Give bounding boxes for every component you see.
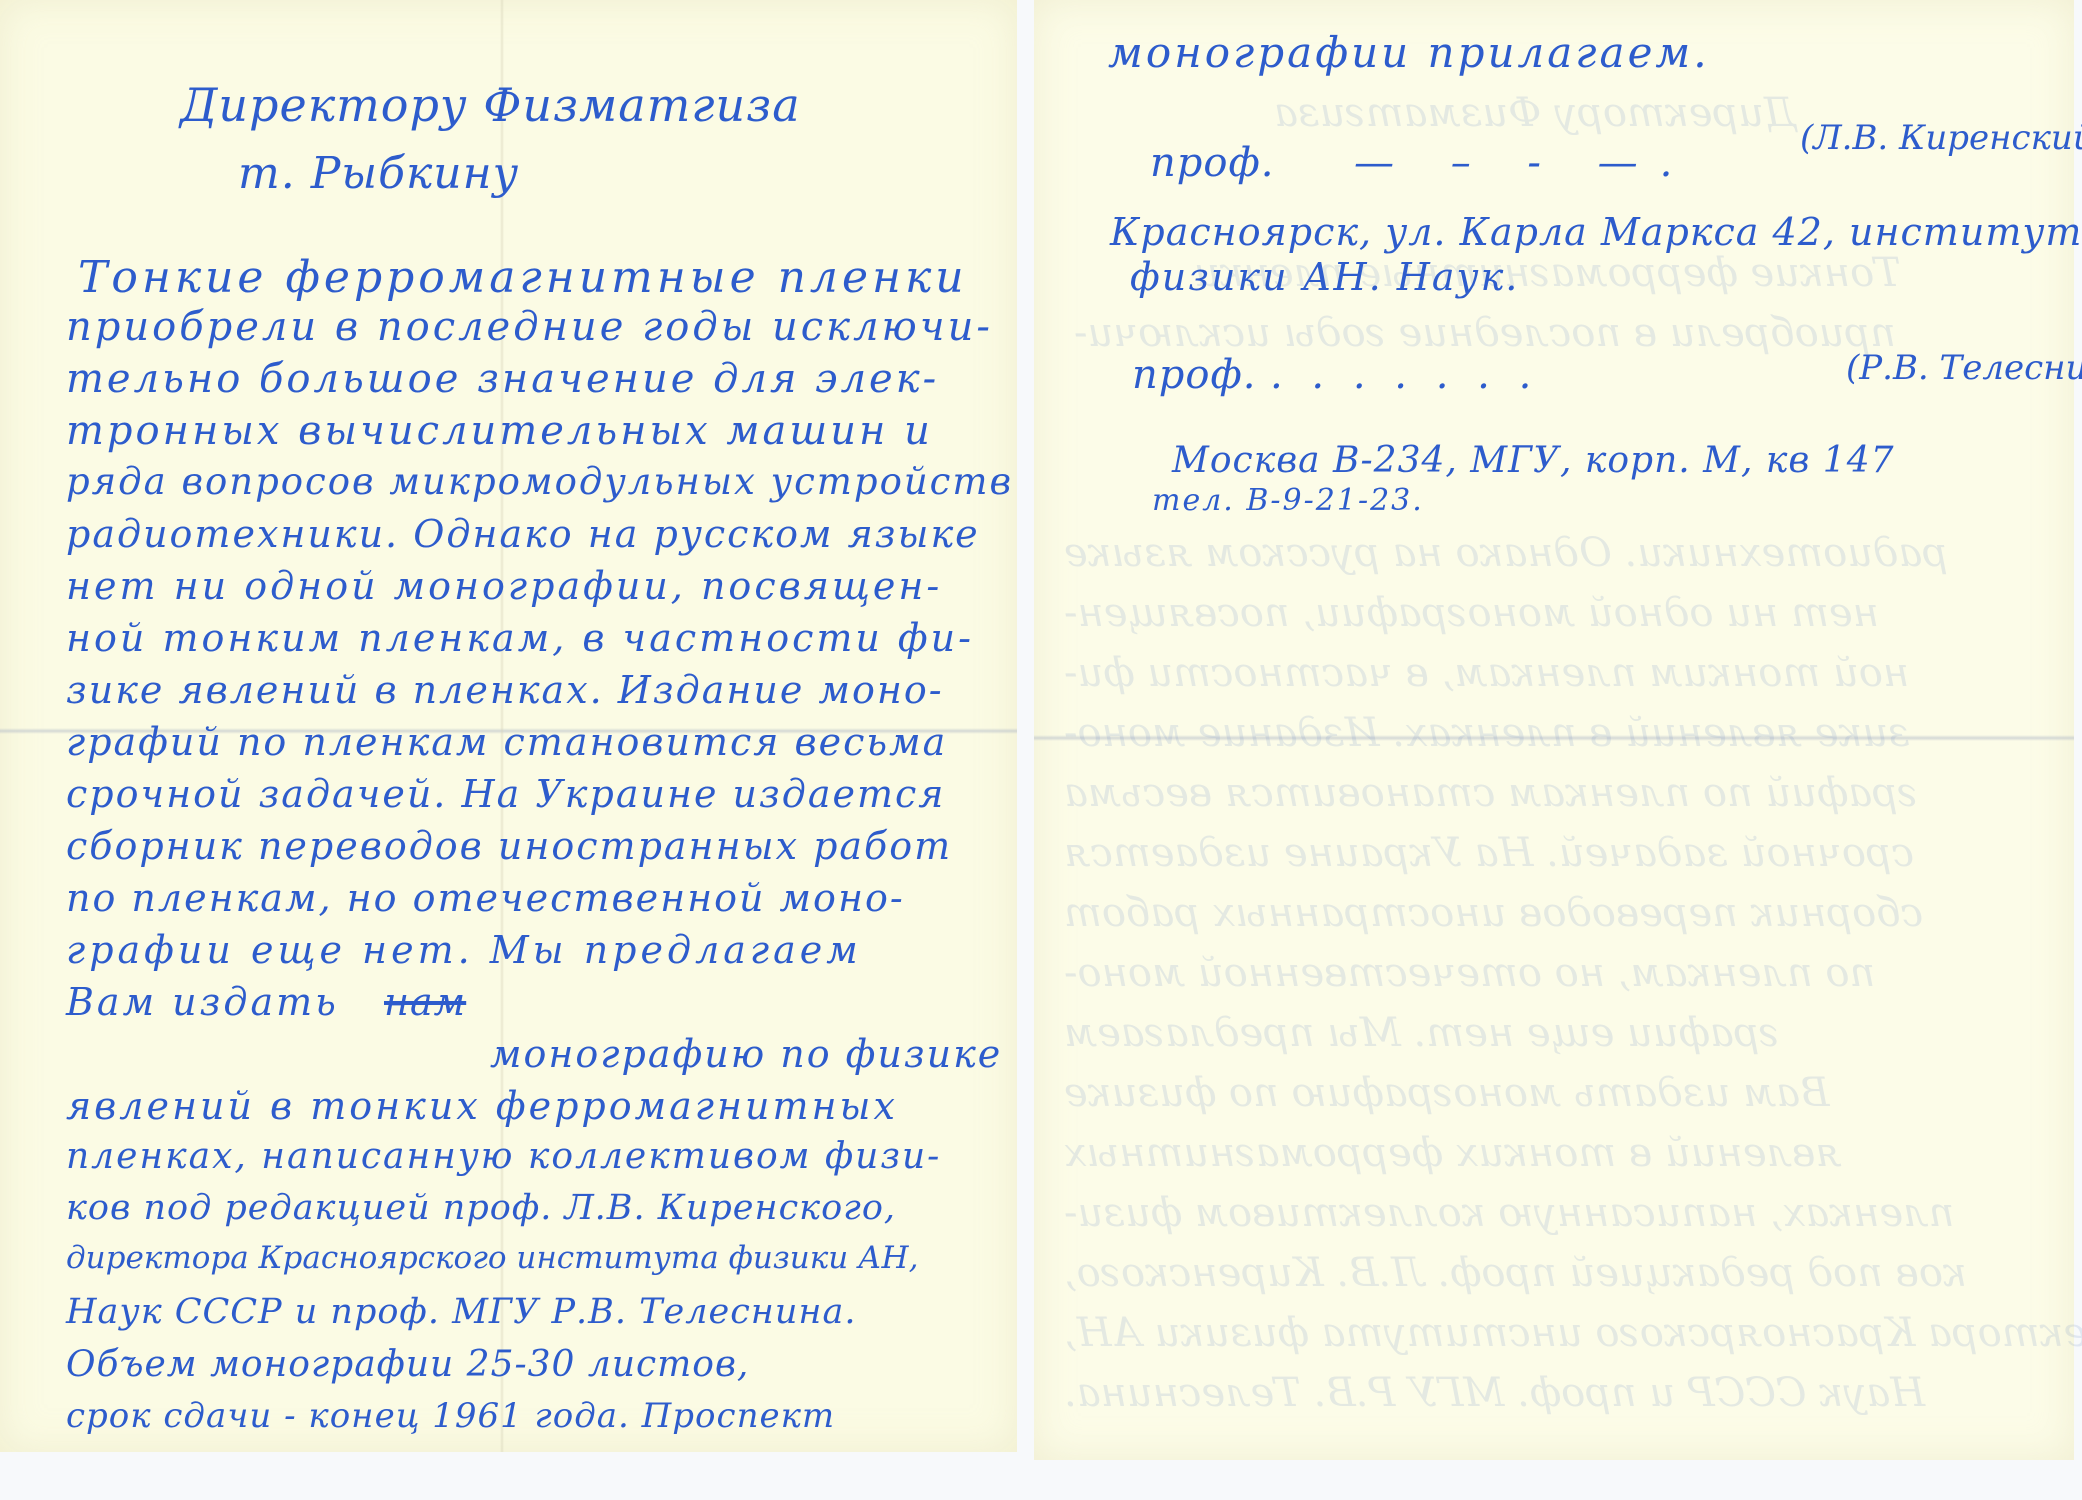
body-line: зике явлений в пленках. Издание моно-: [66, 668, 944, 712]
signatory-2-address-line: Москва В-234, МГУ, корп. М, кв 147: [1172, 440, 1895, 481]
body-line: Наук СССР и проф. МГУ Р.В. Телеснина.: [66, 1292, 856, 1332]
body-line: графии еще нет. Мы предлагаем: [66, 928, 862, 972]
bleed-through-text: графий по пленкам становится весьма: [1064, 770, 1918, 816]
body-line: ной тонким пленкам, в частности фи-: [66, 616, 974, 660]
body-line: нет ни одной монографии, посвящен-: [66, 564, 942, 608]
body-line: сборник переводов иностранных работ: [66, 824, 952, 868]
signatory-2-name: (Р.В. Телеснин): [1846, 348, 2082, 388]
bleed-through-text: нет ни одной монографии, посвящен-: [1064, 590, 1879, 636]
signatory-1-signature: — – ‐ —.: [1354, 140, 1694, 186]
addressee-line-2: т. Рыбкину: [238, 148, 519, 199]
bleed-through-text: зике явлений в пленках. Издание моно-: [1064, 710, 1910, 756]
bleed-through-text: директора Красноярского института физики…: [1064, 1310, 2082, 1356]
bleed-through-text: ков под редакцией проф. Л.В. Киренского,: [1064, 1250, 1967, 1296]
body-line: пленках, написанную коллективом физи-: [66, 1136, 941, 1177]
body-line: графий по пленкам становится весьма: [66, 720, 947, 764]
body-line: приобрели в последние годы исключи-: [66, 304, 993, 350]
body-line: ряда вопросов микромодульных устройств: [66, 460, 1013, 503]
signatory-1-title: проф.: [1150, 140, 1274, 186]
bleed-through-text: пленках, написанную коллективом физи-: [1064, 1190, 1954, 1236]
body-line: тельно большое значение для элек-: [66, 356, 939, 402]
body-line: директора Красноярского института физики…: [66, 1240, 918, 1276]
signatory-1-name: (Л.В. Киренский): [1800, 118, 2082, 158]
signatory-2-signature: . . . . . . .: [1270, 352, 1539, 398]
struck-out-word: нам: [384, 980, 466, 1024]
bleed-through-text: явлений в тонких ферромагнитных: [1064, 1130, 1842, 1176]
letter-page-1: Директору Физматгиза т. Рыбкину Тонкие ф…: [0, 0, 1017, 1452]
signatory-1-address-line: физики АН. Наук.: [1130, 255, 1519, 299]
body-line: срок сдачи - конец 1961 года. Проспект: [66, 1396, 835, 1436]
bleed-through-text: сборник переводов иностранных работ: [1064, 890, 1923, 936]
signatory-1-address-line: Красноярск, ул. Карла Маркса 42, институ…: [1110, 210, 2082, 254]
body-line: тронных вычислительных машин и: [66, 408, 933, 454]
bleed-through-text: Наук СССР и проф. МГУ Р.В. Телеснина.: [1064, 1370, 1925, 1416]
body-line: по пленкам, но отечественной моно-: [66, 876, 905, 920]
bleed-through-text: срочной задачей. На Украине издается: [1064, 830, 1914, 876]
body-line: радиотехники. Однако на русском языке: [66, 512, 980, 556]
body-line: монографию по физике: [490, 1032, 1002, 1076]
bleed-through-text: по пленкам, но отечественной моно-: [1064, 950, 1875, 996]
body-line: явлений в тонких ферромагнитных: [66, 1084, 898, 1128]
body-line: Объем монографии 25-30 листов,: [66, 1344, 749, 1385]
body-line: Вам издать: [66, 980, 339, 1024]
bleed-through-text: приобрели в последние годы исключи-: [1074, 310, 1896, 356]
addressee-line-1: Директору Физматгиза: [180, 78, 801, 132]
body-line: срочной задачей. На Украине издается: [66, 772, 945, 816]
signatory-2-title: проф.: [1132, 352, 1256, 398]
letter-page-2: Директору Физматгиза Тонкие ферромагнитн…: [1034, 0, 2074, 1460]
bleed-through-text: ной тонким пленкам, в частности фи-: [1064, 650, 1909, 696]
continuation-line: монографии прилагаем.: [1108, 28, 1710, 77]
signatory-2-address-line: тел. В-9-21-23.: [1152, 483, 1424, 518]
body-line: Тонкие ферромагнитные пленки: [78, 252, 968, 303]
bleed-through-text: графии еще нет. Мы предлагаем: [1064, 1010, 1780, 1056]
bleed-through-text: радиотехники. Однако на русском языке: [1064, 530, 1948, 576]
bleed-through-text: Вам издать монографию по физике: [1064, 1070, 1829, 1116]
body-line: ков под редакцией проф. Л.В. Киренского,: [66, 1188, 896, 1228]
bleed-through-text: Директору Физматгиза: [1274, 90, 1796, 136]
